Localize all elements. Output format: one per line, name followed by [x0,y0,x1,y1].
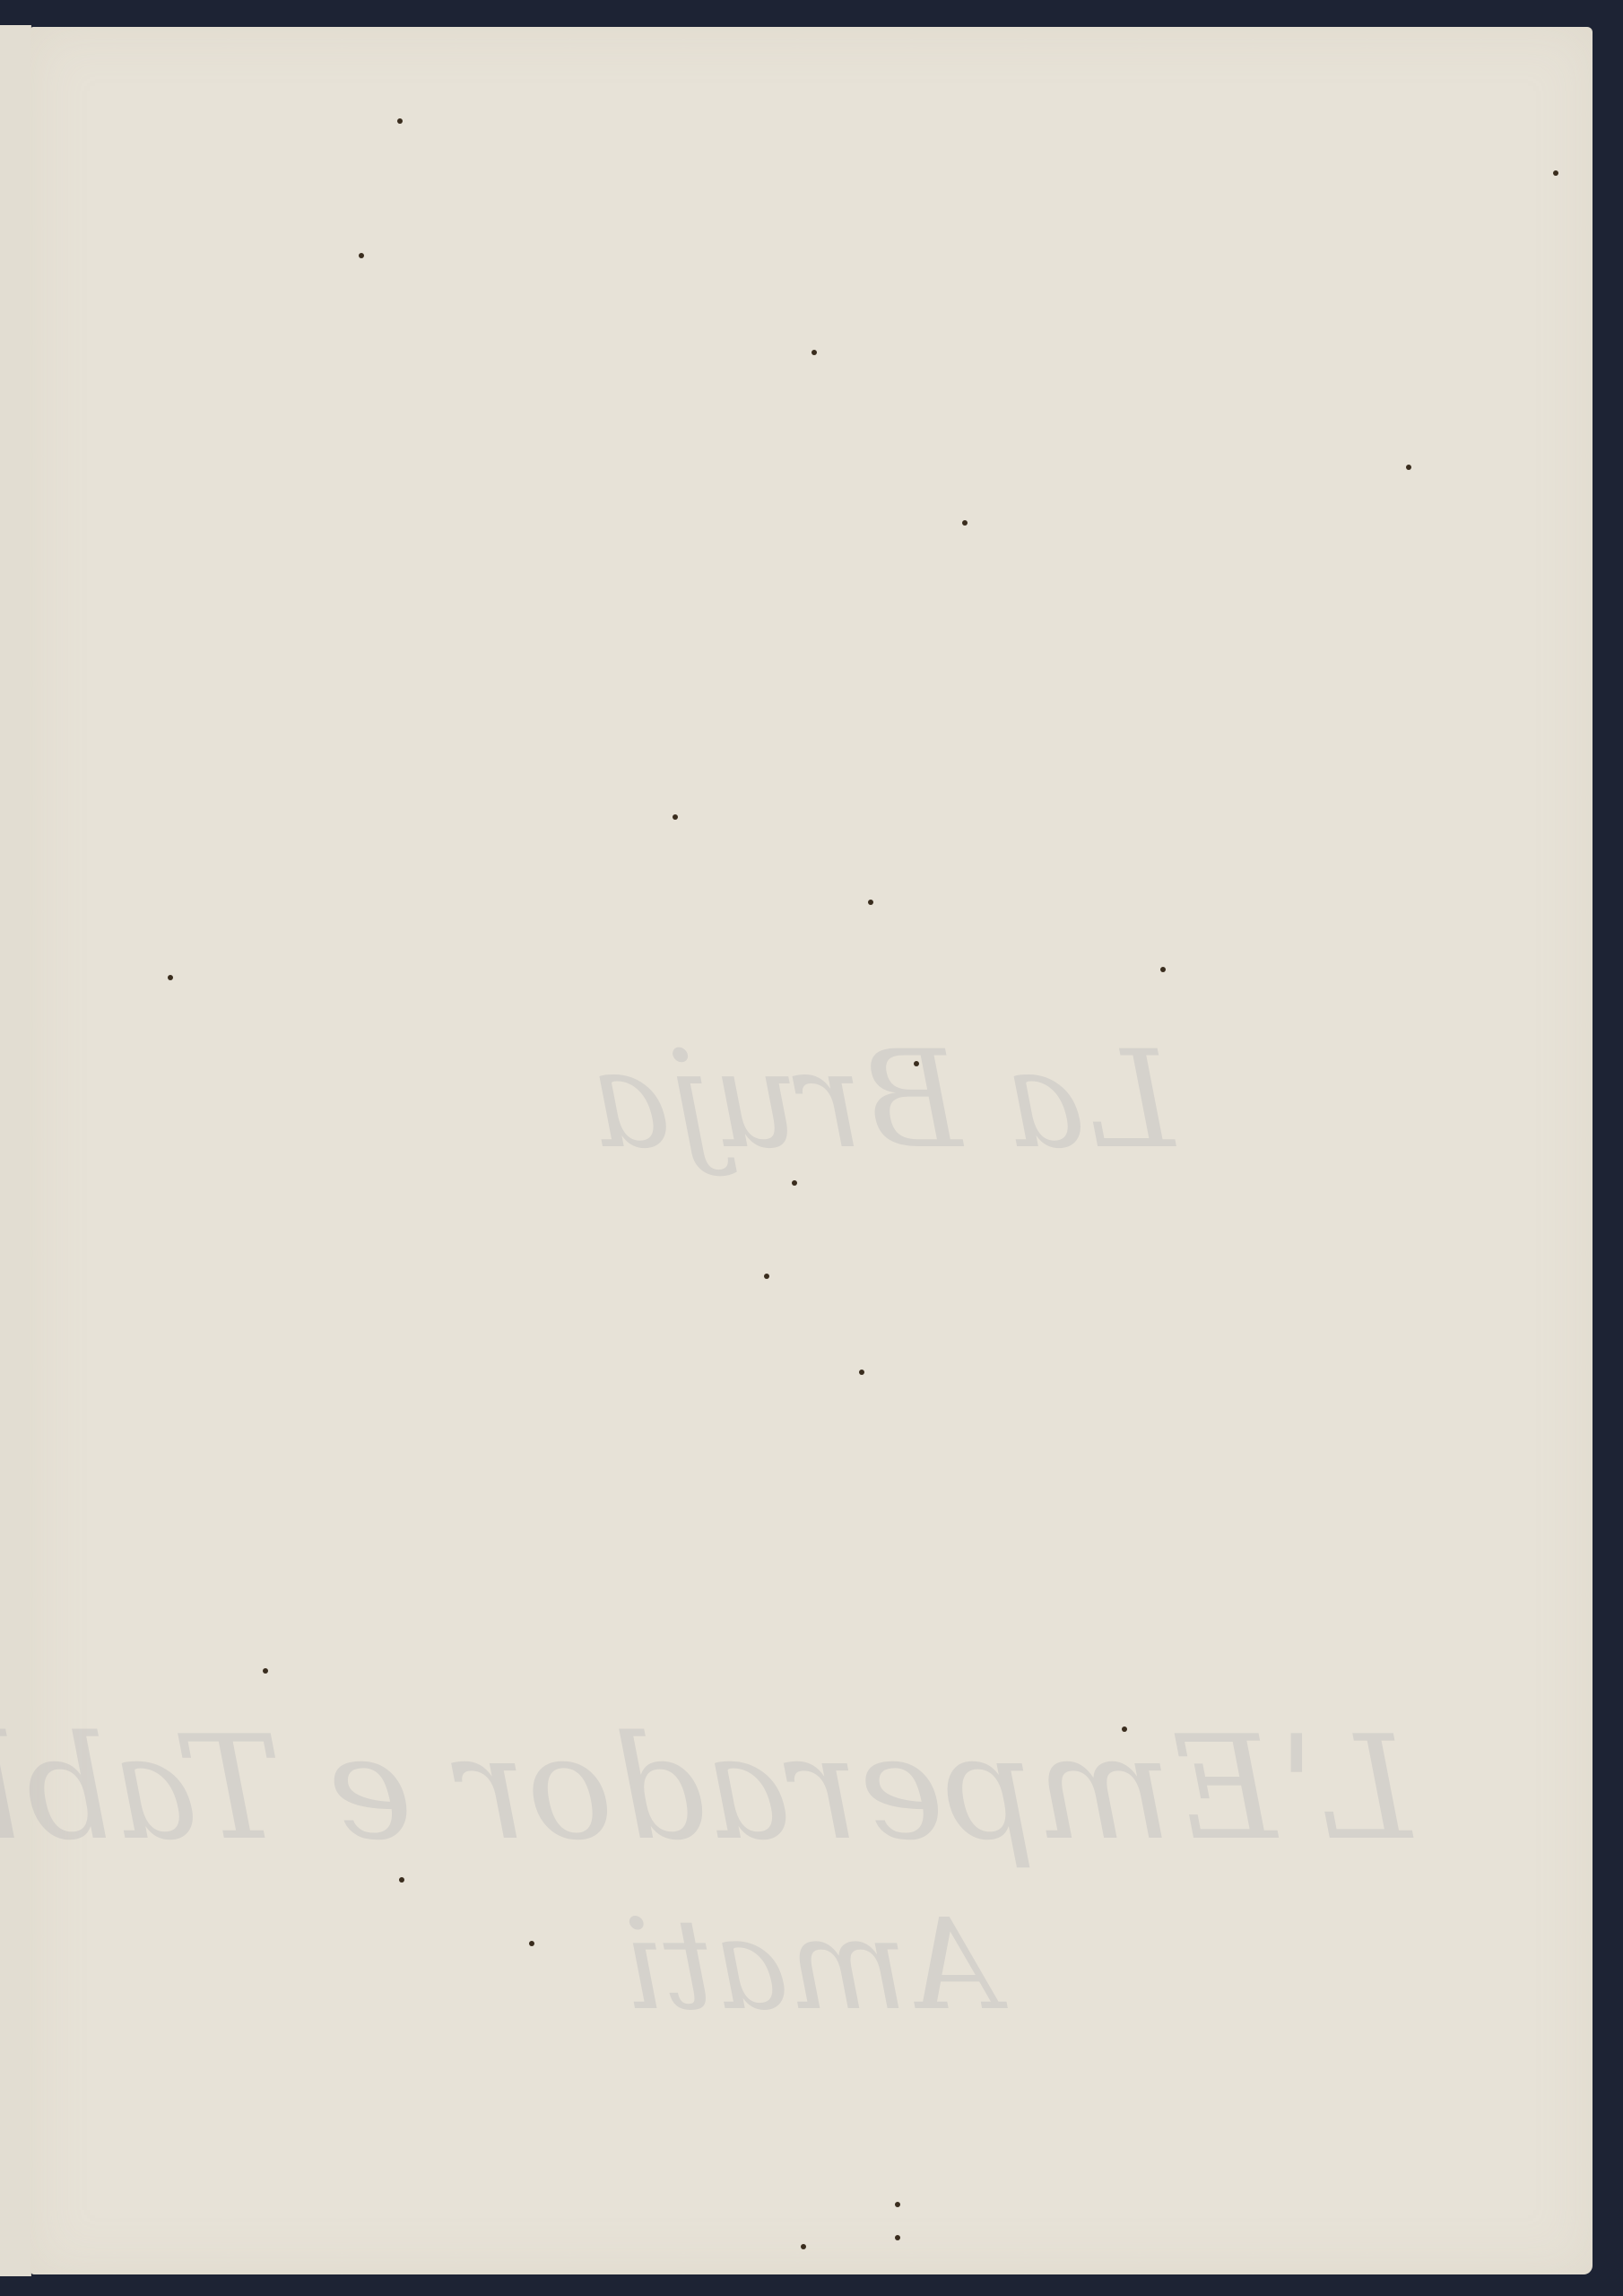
bleed-through-line-2: Amati [497,1892,1124,2039]
speck [1406,465,1411,470]
paper-page: La Bruja L'Emperador e Tabla Amati [30,27,1593,2274]
speck [895,2202,900,2207]
speck [792,1180,797,1186]
speck [1553,170,1558,176]
speck [811,350,817,355]
speck [868,900,873,905]
speck [1122,1726,1127,1732]
speck [859,1370,864,1375]
speck [399,1877,404,1883]
speck [962,520,968,526]
speck [673,814,678,820]
speck [529,1941,534,1946]
speck [397,118,403,124]
speck [895,2235,900,2240]
bleed-through-title: La Bruja [479,1022,1286,1178]
speck [168,975,173,980]
bleed-through-line-1: L'Emperador e Tabla [156,1704,1411,1872]
speck [914,1061,919,1066]
speck [263,1668,268,1674]
speck [359,253,364,258]
speck [801,2244,806,2249]
adjacent-page-edge [0,25,31,2276]
speck [764,1274,769,1279]
speck [1160,967,1166,972]
